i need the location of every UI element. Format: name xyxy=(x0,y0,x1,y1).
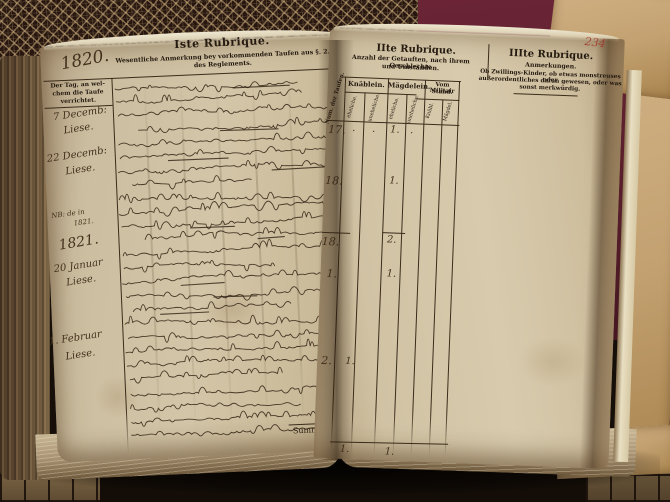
photo-of-open-register-book: Iste Rubrique. Wesentliche Anmerkung bey… xyxy=(0,0,670,502)
group-militair-2: Stand. xyxy=(424,89,459,97)
date-entry: 20 Januar xyxy=(53,257,104,275)
date-entry: Liese. xyxy=(66,273,97,288)
right-page: IIte Rubrique. Anzahl der Getauften, nac… xyxy=(313,28,624,469)
subcol-label: Knäbl. xyxy=(426,102,436,119)
table-v-rule xyxy=(445,81,460,457)
date-entry: Liese. xyxy=(63,121,94,136)
tally-cell: 1. xyxy=(386,268,396,279)
group-maegdelein: Mägdelein. xyxy=(388,82,425,91)
tally-cell: . xyxy=(372,124,376,135)
red-page-number: 234 xyxy=(584,35,606,51)
foxing-stain xyxy=(516,335,588,388)
date-entry: 22 Decemb: xyxy=(46,145,108,165)
tally-cell: 1. xyxy=(390,124,400,135)
date-entry-year: 1821. xyxy=(57,231,99,253)
date-entry: 1. Februar xyxy=(48,329,102,348)
date-entry: Liese. xyxy=(65,347,96,362)
date-entry: Liese. xyxy=(65,162,96,177)
subcol-label: Mägdel. xyxy=(443,101,454,122)
subcol-label: uneheliche. xyxy=(407,94,421,124)
left-page: Iste Rubrique. Wesentliche Anmerkung bey… xyxy=(40,35,360,463)
book-gutter-shadow xyxy=(318,40,354,460)
subcol-label: eheliche. xyxy=(389,97,401,121)
tally-cell: 1. xyxy=(385,446,395,457)
date-entry: 1821. xyxy=(73,217,94,228)
subcol-label: uneheliche. xyxy=(368,93,382,123)
tally-cell: . xyxy=(410,125,414,136)
militair-header-rule xyxy=(416,98,459,101)
rubrique3-underline xyxy=(514,93,578,96)
table-v-rule xyxy=(374,78,389,454)
tally-cell: 1. xyxy=(389,175,399,186)
table-v-rule xyxy=(429,99,444,456)
tally-cell: 2. xyxy=(387,234,397,245)
